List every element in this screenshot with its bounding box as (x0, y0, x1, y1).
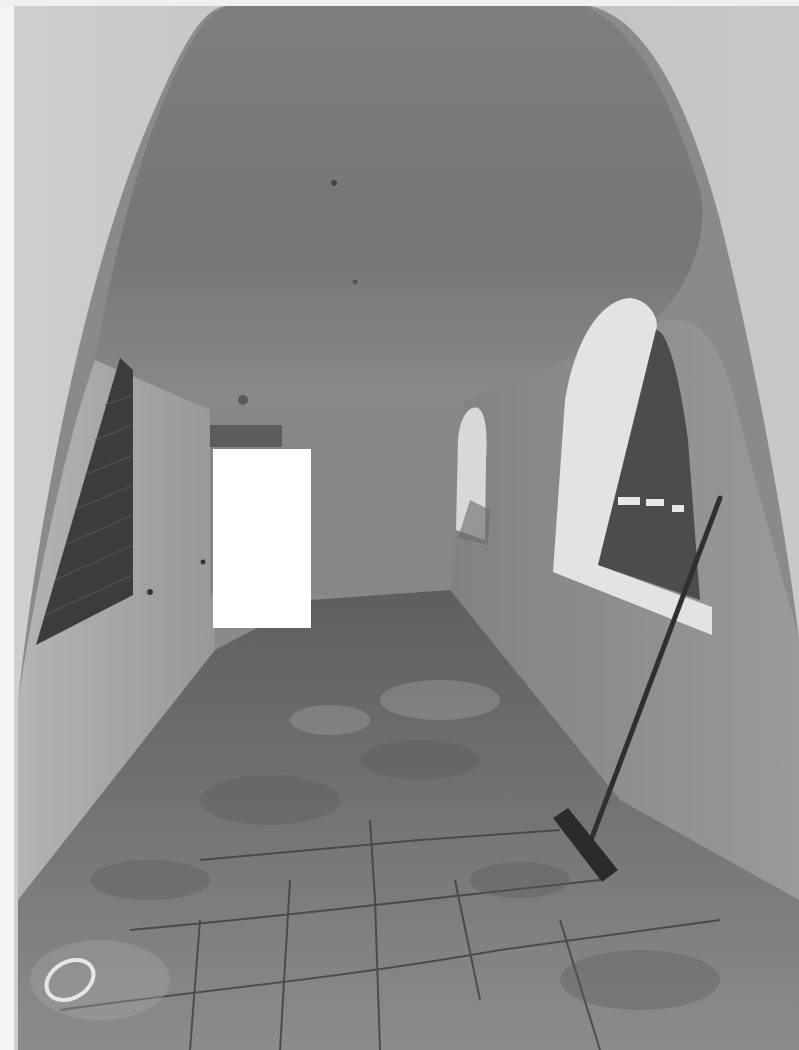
hallway-photo (0, 0, 799, 1050)
far-doorway (213, 449, 311, 628)
